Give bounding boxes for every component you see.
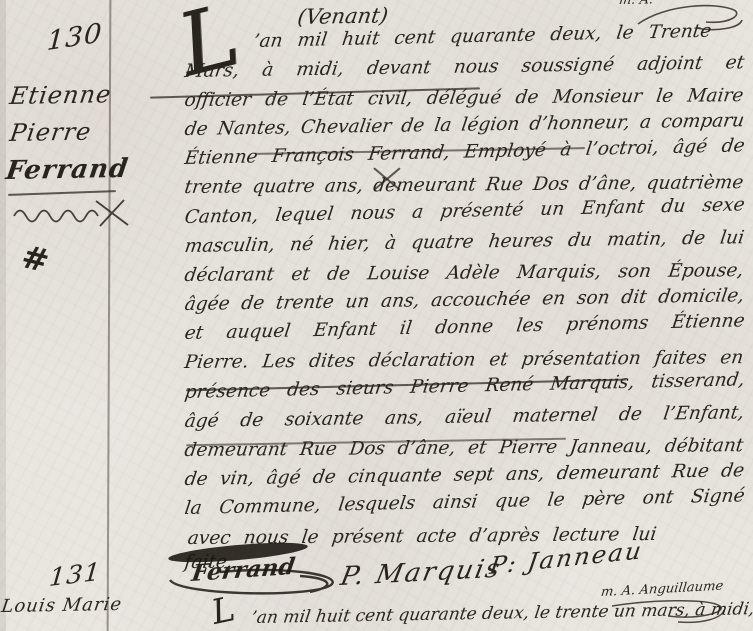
margin-paraph (12, 198, 137, 228)
margin-name-line: Ferrand (4, 154, 130, 186)
act-line: âgé de soixante ans, aïeul maternel de l… (183, 401, 746, 434)
act-number: 130 (46, 18, 103, 57)
next-act-number: 131 (48, 557, 102, 592)
signature-flourish (160, 556, 340, 598)
ink-stroke (8, 190, 116, 195)
margin-name-line: Pierre (8, 118, 93, 147)
act-line: masculin, né hier, à quatre heures du ma… (183, 226, 746, 259)
act-line: Mars, à midi, devant nous soussigné adjo… (183, 51, 746, 84)
scan-page: 130 Etienne Pierre Ferrand # 131 Louis M… (0, 0, 753, 631)
header-annotation: (Venant) (296, 3, 390, 29)
margin-name-line: Etienne (8, 80, 113, 110)
signature-officiant: m. A. Anguillaume (600, 579, 724, 600)
margin-hash-mark: # (18, 237, 54, 281)
scan-edge-shadow (0, 0, 6, 631)
act-line: déclarant et de Louise Adèle Marquis, so… (183, 259, 745, 288)
next-act-margin-name: Louis Marie (0, 594, 124, 617)
